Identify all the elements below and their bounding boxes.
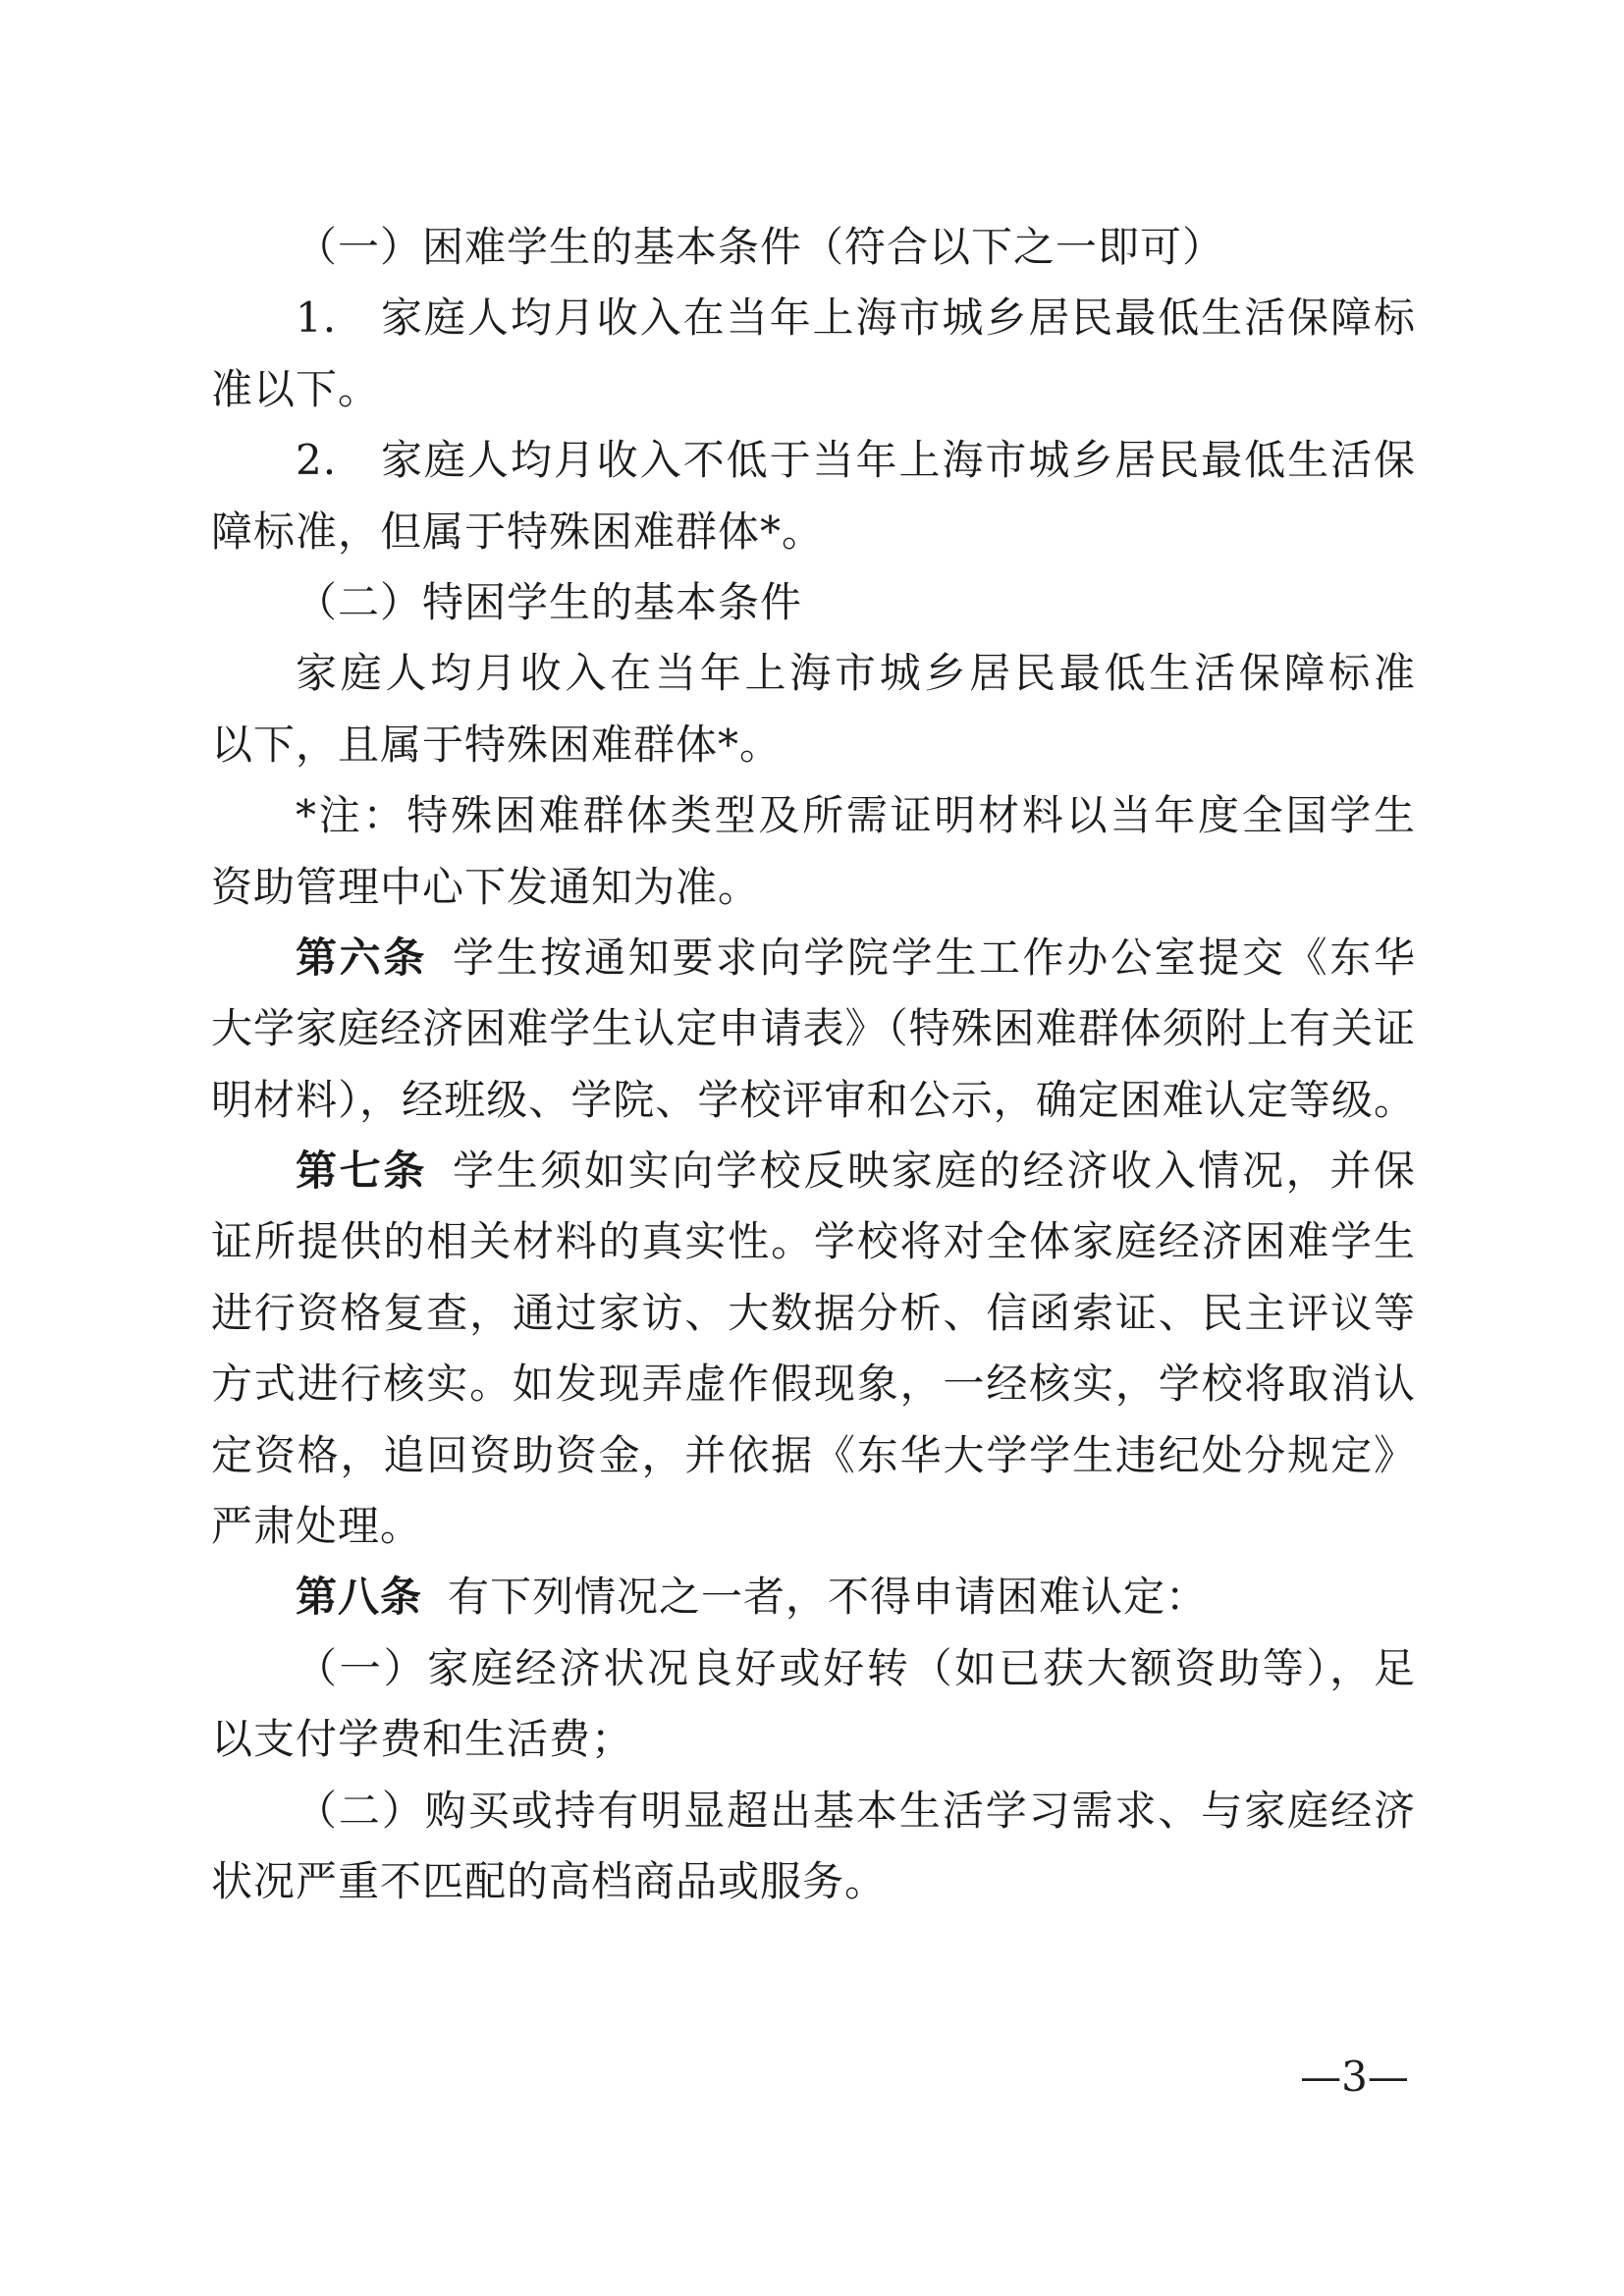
document-page: （一）困难学生的基本条件（符合以下之一即可） 1. 家庭人均月收入在当年上海市城… <box>0 0 1624 2296</box>
doc-line: 第七条学生须如实向学校反映家庭的经济收入情况，并保 <box>211 1136 1416 1206</box>
doc-line: （二）购买或持有明显超出基本生活学习需求、与家庭经济 <box>211 1776 1416 1846</box>
doc-line: 第八条有下列情况之一者，不得申请困难认定： <box>211 1562 1416 1632</box>
doc-line: （二）特困学生的基本条件 <box>211 567 1416 638</box>
doc-line: 第六条学生按通知要求向学院学生工作办公室提交《东华 <box>211 923 1416 993</box>
doc-line: 以下，且属于特殊困难群体*。 <box>211 710 1416 780</box>
doc-line: 障标准，但属于特殊困难群体*。 <box>211 497 1416 567</box>
doc-line: 定资格，追回资助资金，并依据《东华大学学生违纪处分规定》 <box>211 1420 1416 1491</box>
document-body: （一）困难学生的基本条件（符合以下之一即可） 1. 家庭人均月收入在当年上海市城… <box>211 212 1416 1917</box>
doc-line: 准以下。 <box>211 354 1416 425</box>
article-heading: 第六条 <box>296 934 427 982</box>
doc-line: 1. 家庭人均月收入在当年上海市城乡居民最低生活保障标 <box>211 283 1416 353</box>
doc-line: 大学家庭经济困难学生认定申请表》（特殊困难群体须附上有关证 <box>211 993 1416 1064</box>
doc-line: 进行资格复查，通过家访、大数据分析、信函索证、民主评议等 <box>211 1278 1416 1349</box>
doc-line: 严肃处理。 <box>211 1491 1416 1562</box>
doc-line: 资助管理中心下发通知为准。 <box>211 852 1416 923</box>
doc-line: 明材料），经班级、学院、学校评审和公示，确定困难认定等级。 <box>211 1065 1416 1136</box>
page-number: —3— <box>1288 2048 1421 2107</box>
doc-line-text: 学生按通知要求向学院学生工作办公室提交《东华 <box>453 934 1416 982</box>
doc-line: 家庭人均月收入在当年上海市城乡居民最低生活保障标准 <box>211 638 1416 709</box>
article-heading: 第七条 <box>296 1147 427 1195</box>
doc-line: （一）困难学生的基本条件（符合以下之一即可） <box>211 212 1416 283</box>
article-heading: 第八条 <box>296 1573 422 1621</box>
doc-line-text: 有下列情况之一者，不得申请困难认定： <box>448 1573 1208 1621</box>
doc-line: 2. 家庭人均月收入不低于当年上海市城乡居民最低生活保 <box>211 425 1416 496</box>
doc-line: 状况严重不匹配的高档商品或服务。 <box>211 1846 1416 1917</box>
doc-line: 方式进行核实。如发现弄虚作假现象，一经核实，学校将取消认 <box>211 1349 1416 1419</box>
doc-line-text: 学生须如实向学校反映家庭的经济收入情况，并保 <box>453 1147 1416 1195</box>
doc-line: *注：特殊困难群体类型及所需证明材料以当年度全国学生 <box>211 780 1416 851</box>
doc-line: 以支付学费和生活费； <box>211 1704 1416 1775</box>
doc-line: （一）家庭经济状况良好或好转（如已获大额资助等），足 <box>211 1633 1416 1704</box>
doc-line: 证所提供的相关材料的真实性。学校将对全体家庭经济困难学生 <box>211 1206 1416 1277</box>
